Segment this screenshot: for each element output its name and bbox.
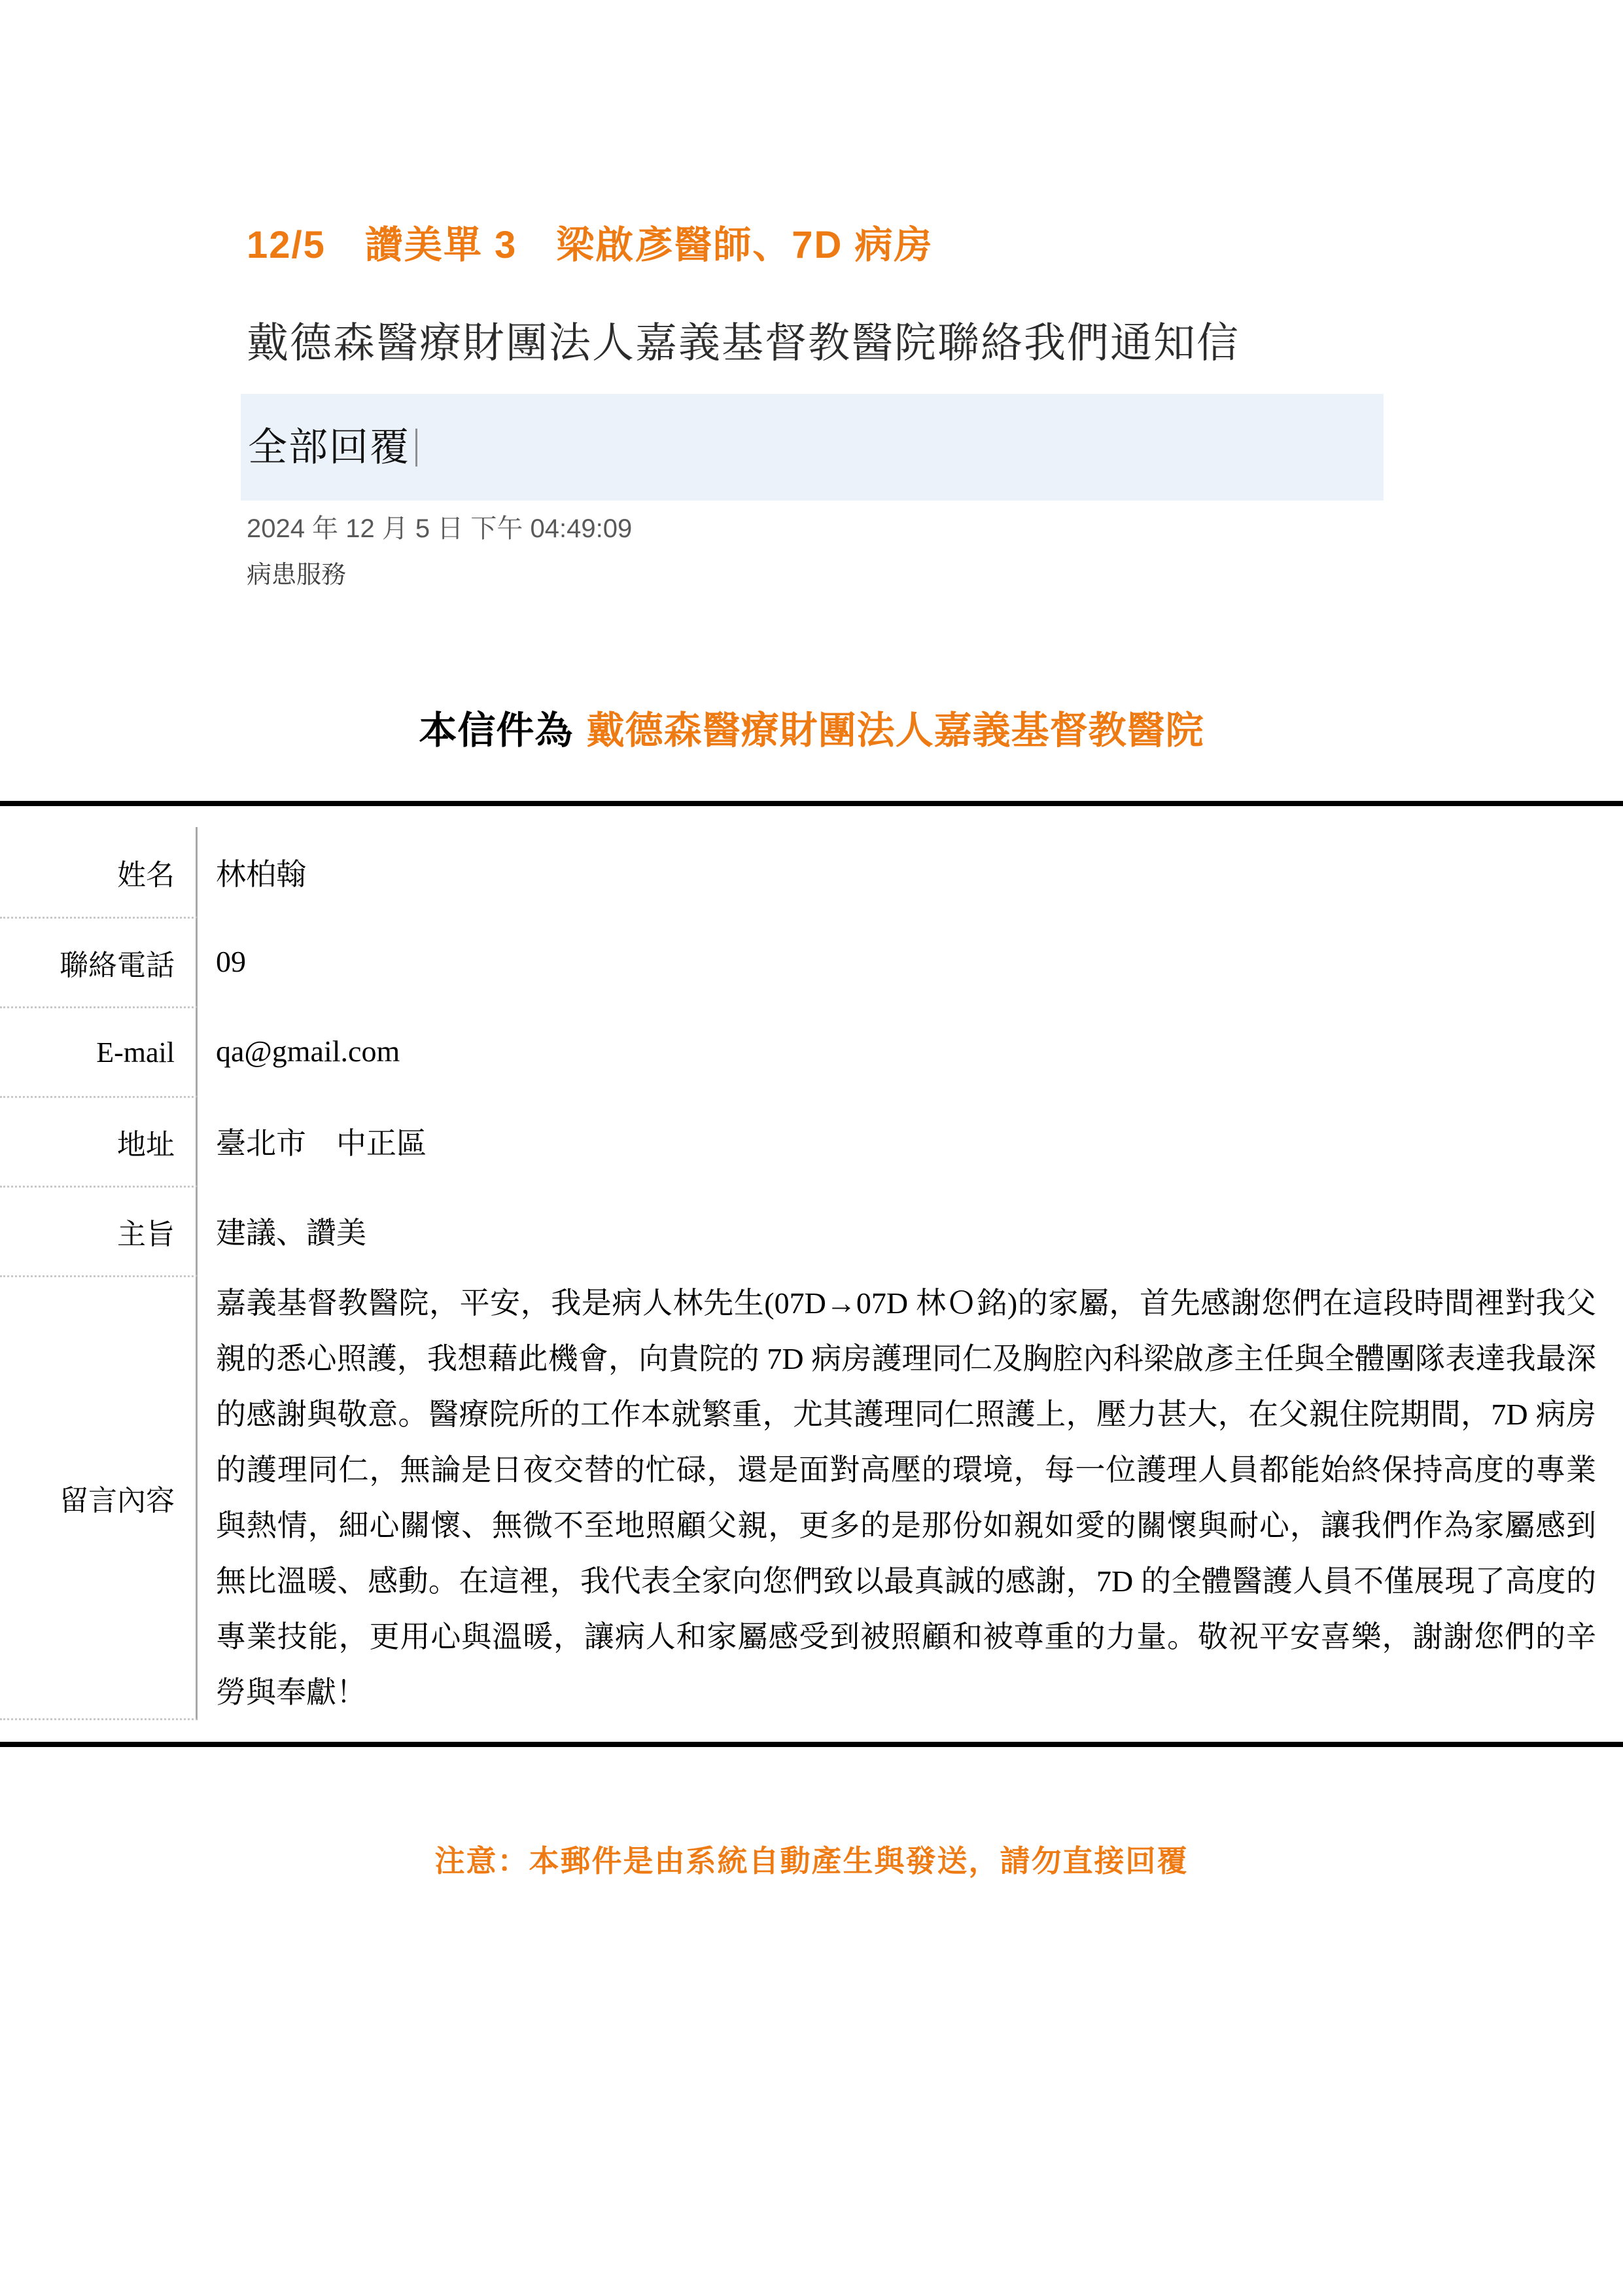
field-label-address: 地址 xyxy=(0,1096,198,1186)
field-label-email: E-mail xyxy=(0,1006,198,1096)
email-header: 12/5 讚美單 3 梁啟彥醫師、7D 病房 戴德森醫療財團法人嘉義基督教醫院聯… xyxy=(0,0,1623,588)
email-subject: 戴德森醫療財團法人嘉義基督教醫院聯絡我們通知信 xyxy=(247,321,1387,364)
table-row-subject: 主旨 建議、讚美 xyxy=(0,1186,1623,1275)
reply-all-box[interactable]: 全部回覆 xyxy=(241,394,1384,501)
contact-form-table: 姓名 林柏翰 聯絡電話 09 E-mail qa@gmail.com 地址 臺北… xyxy=(0,827,1623,1720)
field-value-address: 臺北市 中正區 xyxy=(198,1096,1623,1186)
field-value-name: 林柏翰 xyxy=(198,827,1623,917)
field-value-subject: 建議、讚美 xyxy=(198,1186,1623,1275)
divider-top xyxy=(0,801,1623,806)
hospital-banner: 本信件為戴德森醫療財團法人嘉義基督教醫院 xyxy=(0,711,1623,751)
field-value-email: qa@gmail.com xyxy=(198,1006,1623,1096)
banner-hospital-name: 戴德森醫療財團法人嘉義基督教醫院 xyxy=(587,709,1204,752)
message-text: 嘉義基督教醫院，平安，我是病人林先生(07D→07D 林Ｏ銘)的家屬，首先感謝您… xyxy=(216,1275,1596,1720)
email-notification-page: 12/5 讚美單 3 梁啟彥醫師、7D 病房 戴德森醫療財團法人嘉義基督教醫院聯… xyxy=(0,0,1623,2296)
banner-prefix: 本信件為 xyxy=(419,709,573,752)
table-row-phone: 聯絡電話 09 xyxy=(0,917,1623,1006)
email-category: 病患服務 xyxy=(247,562,1387,588)
email-datetime: 2024 年 12 月 5 日 下午 04:49:09 xyxy=(247,515,1387,542)
table-row-message: 留言內容 嘉義基督教醫院，平安，我是病人林先生(07D→07D 林Ｏ銘)的家屬，… xyxy=(0,1275,1623,1720)
table-row-name: 姓名 林柏翰 xyxy=(0,827,1623,917)
field-value-phone: 09 xyxy=(198,917,1623,1006)
divider-bottom xyxy=(0,1742,1623,1747)
field-label-subject: 主旨 xyxy=(0,1186,198,1275)
field-label-phone: 聯絡電話 xyxy=(0,917,198,1006)
table-row-address: 地址 臺北市 中正區 xyxy=(0,1096,1623,1186)
auto-reply-notice: 注意：本郵件是由系統自動產生與發送，請勿直接回覆 xyxy=(0,1845,1623,1877)
text-cursor xyxy=(415,429,417,467)
field-label-name: 姓名 xyxy=(0,827,198,917)
field-label-message: 留言內容 xyxy=(0,1275,198,1720)
page-title: 12/5 讚美單 3 梁啟彥醫師、7D 病房 xyxy=(247,0,1387,265)
table-row-email: E-mail qa@gmail.com xyxy=(0,1006,1623,1096)
reply-all-label: 全部回覆 xyxy=(248,427,410,468)
field-value-message: 嘉義基督教醫院，平安，我是病人林先生(07D→07D 林Ｏ銘)的家屬，首先感謝您… xyxy=(198,1275,1623,1720)
